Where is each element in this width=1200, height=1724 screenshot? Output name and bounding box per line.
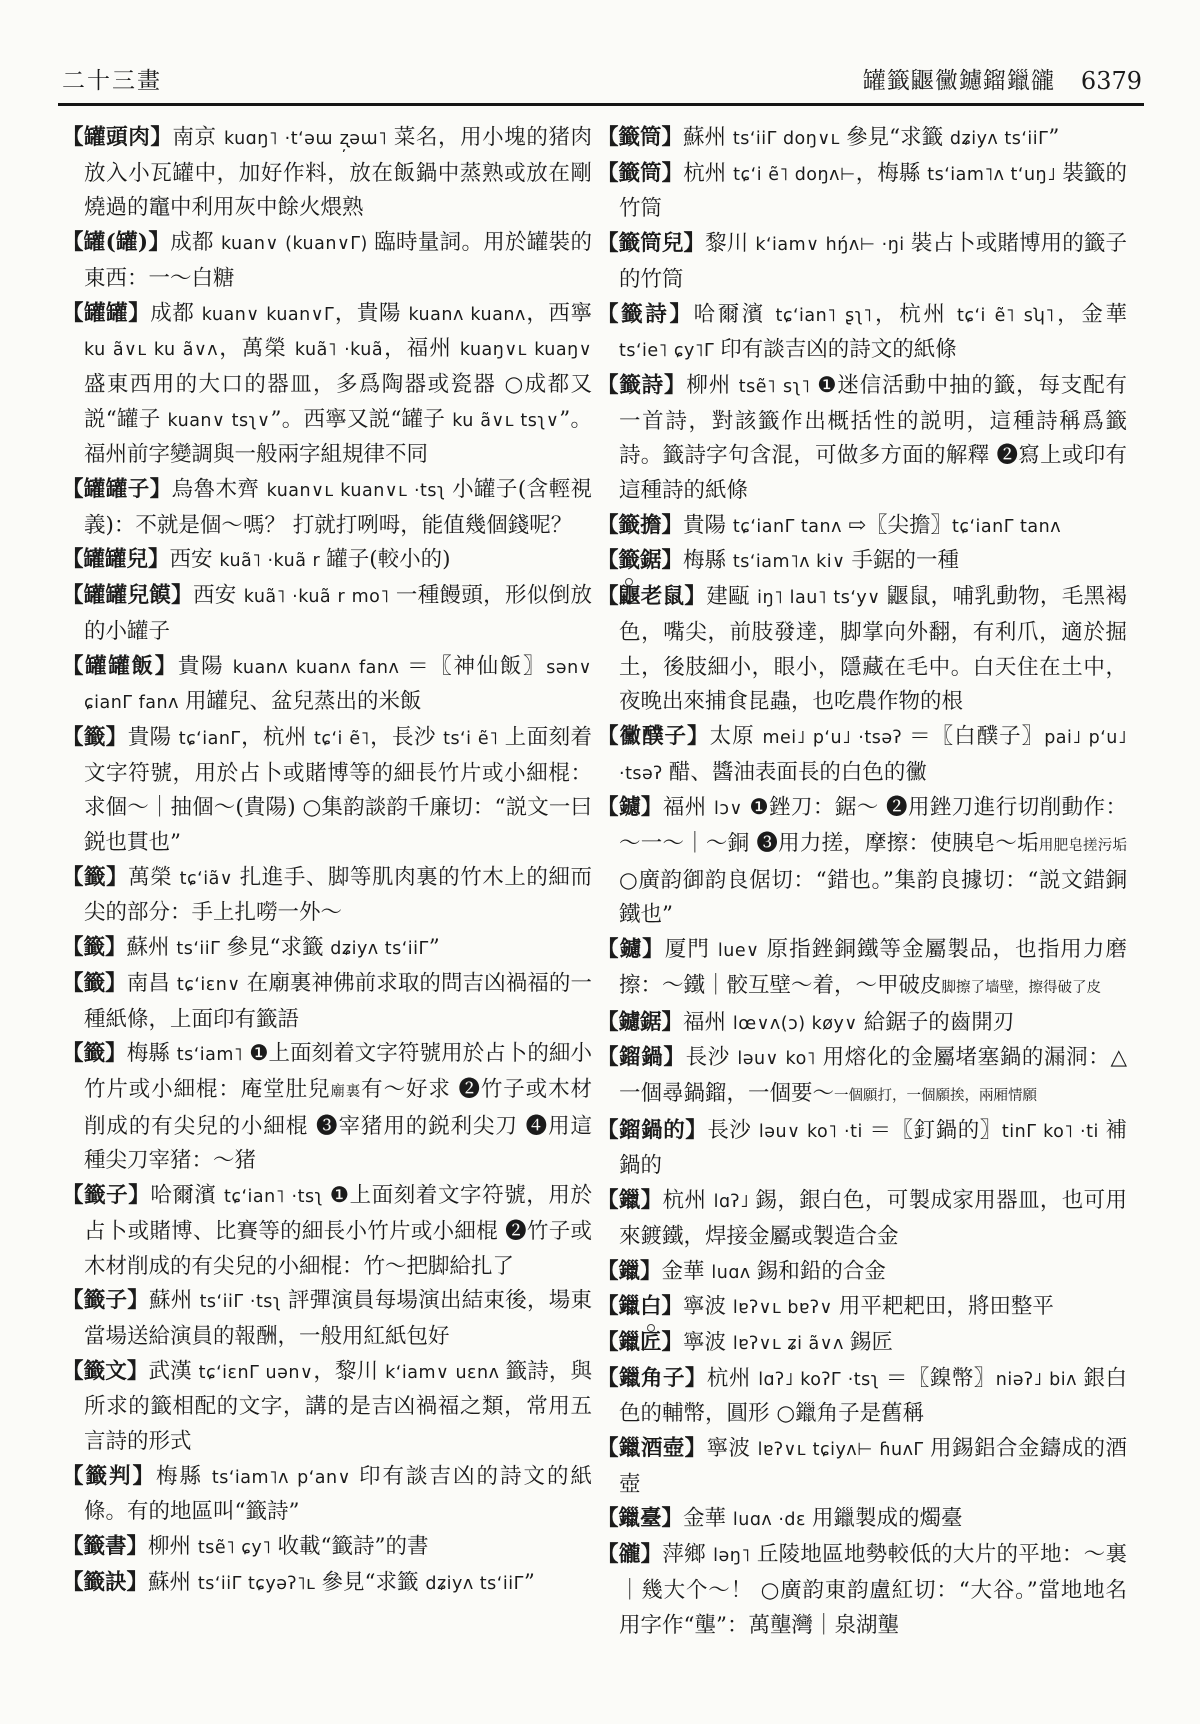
definition-text: 太原 <box>710 724 763 749</box>
definition-text: 杭州 <box>663 1188 714 1213</box>
headword: 【鼴老鼠】 <box>597 584 706 609</box>
headword: 【罐罐兒】 <box>62 547 170 572</box>
pronunciation: dʑiyʌ tsʻiiΓ <box>425 1574 523 1594</box>
left-column: 【罐頭肉】南京 kuɑŋ˥ ·tʻəɯ ʐ̦əɯ˥ 菜名，用小塊的猪肉放入小瓦罐… <box>62 121 592 1602</box>
definition-text: 武漢 <box>148 1359 198 1384</box>
headword: 【罐罐】 <box>62 301 150 326</box>
headword: 【籤文】 <box>62 1359 148 1384</box>
headword: 【籤】 <box>62 725 128 750</box>
dictionary-entry: 【鑢】厦門 lue∨ 原指銼銅鐵等金屬製品，也指用力磨擦：～鐵｜骹互壁～着，～甲… <box>597 933 1127 1005</box>
definition-text: 柳州 <box>686 373 738 398</box>
definition-text: 用罐兒、盆兒蒸出的米飯 <box>185 689 422 714</box>
pronunciation: tsʻiam˥ <box>177 1045 249 1065</box>
dictionary-entry: 【鑞角子】杭州 lɑʔ˩ koʔΓ ·tsʅ ＝〖鎳幣〗niəʔ˩ biʌ 銀白… <box>597 1362 1127 1432</box>
definition-text: 杭州 <box>707 1366 758 1391</box>
page-header: 二十三畫 罐籤鼴黴鑢鎦鑞豅 6379 <box>62 62 1142 95</box>
definition-text: 柳州 <box>148 1534 198 1559</box>
definition-text: 成都 <box>150 301 202 326</box>
definition-text: 參見“求籤 <box>322 1570 426 1595</box>
pronunciation: luɑʌ ·dɛ <box>733 1510 812 1530</box>
dictionary-entry: 【罐(罐)】成都 kuan∨ (kuan∨Γ) 臨時量詞。用於罐裝的東西：一～白… <box>62 226 592 296</box>
dictionary-entry: 【籤】蘇州 tsʻiiΓ 參見“求籤 dʑiyʌ tsʻiiΓ” <box>62 931 592 967</box>
definition-text: 梅縣 <box>156 1464 212 1489</box>
definition-text: 用鑞製成的燭臺 <box>812 1506 963 1531</box>
headword: 【籤詩】 <box>597 373 686 398</box>
dictionary-entry: 【罐頭肉】南京 kuɑŋ˥ ·tʻəɯ ʐ̦əɯ˥ 菜名，用小塊的猪肉放入小瓦罐… <box>62 121 592 226</box>
headword: 【鑞臺】 <box>597 1506 683 1531</box>
pronunciation: tsʻiiΓ <box>176 939 226 959</box>
pronunciation: tsʻiam˥ʌ ki∨ <box>733 552 852 572</box>
pronunciation: lɐʔ∨ʟ ʑi ã∨ʌ <box>733 1334 850 1354</box>
pronunciation: tsʻiam˥ʌ tʻuŋ˩ <box>927 165 1062 185</box>
headword: 【籤筒兒】 <box>597 231 705 256</box>
headword: 【籤筒】 <box>597 125 683 150</box>
dictionary-entry: 【鼴老鼠】建甌 iŋ˥ lau˥ tsʻy∨ 鼴鼠，哺乳動物，毛黑褐色，嘴尖，前… <box>597 580 1127 720</box>
pronunciation: tɕʻiɛn∨ <box>177 975 247 995</box>
definition-text: 南昌 <box>127 971 177 996</box>
headword: 【罐罐飯】 <box>62 654 178 679</box>
pronunciation: tɕʻiã∨ <box>180 869 240 889</box>
dictionary-entry: 【鎦鍋】長沙 ləu∨ ko˥ 用熔化的金屬堵塞鍋的漏洞：△一個尋鍋鎦，一個要～… <box>597 1041 1127 1113</box>
small-gloss: 用肥皂搓污垢 <box>1039 838 1127 854</box>
headword-ring-char: 籤 <box>619 544 641 579</box>
pronunciation: tɕʻiɛnΓ uən∨ <box>199 1363 314 1383</box>
headword: 【籤】 <box>62 935 127 960</box>
pronunciation: tɕʻi ẽ˥ doŋʌ⊢ <box>733 165 856 185</box>
pronunciation: kuɑŋ˥ ·tʻəɯ ʐ̦əɯ˥ <box>224 129 394 149</box>
running-head-group: 罐籤鼴黴鑢鎦鑞豅 6379 <box>863 62 1142 95</box>
definition-text: 南京 <box>172 125 224 150</box>
headword: 【鑞酒壺】 <box>597 1436 707 1461</box>
pronunciation: kʻiam∨ uɛnʌ <box>385 1363 505 1383</box>
definition-text: ，福州 <box>383 336 460 361</box>
definition-text: 西安 <box>193 583 244 608</box>
definition-text: 哈爾濱 <box>150 1183 224 1208</box>
headword: 【籤子】 <box>62 1288 149 1313</box>
headword: 【鑢】 <box>597 795 663 820</box>
headword: 【罐罐子】 <box>62 477 172 502</box>
dictionary-entry: 【罐罐子】烏魯木齊 kuan∨ʟ kuan∨ʟ ·tsʅ 小罐子(含輕視義)：不… <box>62 473 592 543</box>
definition-text: ⇨〖尖擔〗 <box>848 513 952 538</box>
definition-text: ，杭州 <box>241 725 314 750</box>
pronunciation: lɑʔ˩ koʔΓ ·tsʅ <box>758 1370 886 1390</box>
pronunciation: kuan∨ʟ kuan∨ʟ ·tsʅ <box>267 481 452 501</box>
dictionary-entry: 【罐罐兒饃】西安 kuã˥ ·kuã r mo˥ 一種饅頭，形似倒放的小罐子 <box>62 579 592 649</box>
definition-text: 貴陽 <box>128 725 179 750</box>
page-number: 6379 <box>1081 67 1142 95</box>
pronunciation: tɕʻian˥ ʂʅ˥ <box>776 306 873 326</box>
definition-text: 蘇州 <box>148 1570 198 1595</box>
pronunciation: ləu∨ ko˥ <box>737 1049 822 1069</box>
dictionary-entry: 【籤筒】杭州 tɕʻi ẽ˥ doŋʌ⊢，梅縣 tsʻiam˥ʌ tʻuŋ˩ 裝… <box>597 157 1127 227</box>
dictionary-entry: 【籤筒兒】黎川 kʻiam∨ hŋ́ʌ⊢ ·ŋi 裝占卜或賭博用的籤子的竹筒 <box>597 227 1127 297</box>
headword: 【鑞】 <box>597 1188 663 1213</box>
pronunciation: iŋ˥ lau˥ tsʻy∨ <box>757 588 887 608</box>
definition-text: 錫和鉛的合金 <box>757 1259 886 1284</box>
definition-text: 錫匠 <box>850 1330 893 1355</box>
pronunciation: tɕʻi ẽ˥ <box>314 729 370 749</box>
pronunciation: kʻiam∨ hŋ́ʌ⊢ ·ŋi <box>755 235 911 255</box>
pronunciation: mei˩ pʻu˩ ·tsəʔ <box>762 728 909 748</box>
headword: 【豅】 <box>597 1542 662 1567</box>
dictionary-entry: 【籤】南昌 tɕʻiɛn∨ 在廟裏神佛前求取的問吉凶禍福的一種紙條，上面印有籤語 <box>62 967 592 1037</box>
definition-text: ” <box>524 1570 535 1595</box>
definition-text: ，杭州 <box>872 302 957 327</box>
pronunciation: tsʻiam˥ʌ pʻan∨ <box>212 1468 359 1488</box>
dictionary-entry: 【鑞】金華 luɑʌ 錫和鉛的合金 <box>597 1255 1127 1291</box>
pronunciation: tsʻiiΓ tɕyəʔ˥ʟ <box>198 1574 322 1594</box>
definition-text: 西安 <box>170 547 220 572</box>
definition-text: 建甌 <box>706 584 757 609</box>
definition-text: 哈爾濱 <box>694 302 776 327</box>
definition-text: 長沙 <box>686 1045 738 1070</box>
definition-text: ”。西寧又説“罐子 <box>271 407 453 432</box>
definition-text: 梅縣 <box>127 1041 177 1066</box>
pronunciation: ləŋ˥ <box>713 1546 757 1566</box>
dictionary-entry: 【籤文】武漢 tɕʻiɛnΓ uən∨，黎川 kʻiam∨ uɛnʌ 籤詩，與所… <box>62 1355 592 1460</box>
dictionary-entry: 【籤擔】貴陽 tɕʻianΓ tanʌ ⇨〖尖擔〗tɕʻianΓ tanʌ <box>597 509 1127 545</box>
pronunciation: tɕʻianΓ tanʌ <box>733 517 848 537</box>
headword: 】 <box>662 1294 684 1319</box>
pronunciation: dʑiyʌ tsʻiiΓ <box>330 939 428 959</box>
dictionary-entry: 【籤訣】蘇州 tsʻiiΓ tɕyəʔ˥ʟ 參見“求籤 dʑiyʌ tsʻiiΓ… <box>62 1566 592 1602</box>
definition-text: 參見“求籤 <box>226 935 330 960</box>
definition-text: 福州 <box>683 1010 733 1035</box>
pronunciation: ləu∨ ko˥ ·ti <box>759 1122 870 1142</box>
definition-text: 黎川 <box>705 231 755 256</box>
definition-text: 寧波 <box>707 1436 758 1461</box>
definition-text: 梅縣 <box>683 548 733 573</box>
pronunciation: lɔ∨ <box>714 799 749 819</box>
running-head-characters: 罐籤鼴黴鑢鎦鑞豅 <box>863 62 1055 95</box>
pronunciation: tsẽ˥ sʅ˥ <box>739 377 818 397</box>
definition-text: 貴陽 <box>683 513 733 538</box>
pronunciation: ku ã∨ʟ tsʅ∨ <box>452 411 559 431</box>
pronunciation: tɕʻianΓ tanʌ <box>952 517 1061 537</box>
headword: 【籤擔】 <box>597 513 683 538</box>
small-gloss: 一個願打，一個願挨，兩厢情願 <box>834 1088 1037 1104</box>
definition-text: 厦門 <box>665 937 718 962</box>
dictionary-entry: 【籤筒】蘇州 tsʻiiΓ doŋ∨ʟ 參見“求籤 dʑiyʌ tsʻiiΓ” <box>597 121 1127 157</box>
pronunciation: lɐʔ∨ʟ tɕiyʌ⊢ ɦuʌΓ <box>758 1440 931 1460</box>
pronunciation: kuanʌ kuanʌ <box>408 305 525 325</box>
pronunciation: tinΓ ko˥ ·ti <box>1002 1122 1106 1142</box>
small-gloss: 脚擦了墙壁，擦得破了皮 <box>942 980 1102 996</box>
definition-text: 杭州 <box>683 161 733 186</box>
dictionary-entry: 【黴醭子】太原 mei˩ pʻu˩ ·tsəʔ ＝〖白醭子〗pai˩ pʻu˩ … <box>597 720 1127 791</box>
headword: 【鑞角子】 <box>597 1366 707 1391</box>
dictionary-entry: 【豅】萍鄉 ləŋ˥ 丘陵地區地勢較低的大片的平地：～裏｜幾大个～！ ○廣韵東韵… <box>597 1538 1127 1643</box>
dictionary-entry: 【鑞】杭州 lɑʔ˩ 錫，銀白色，可製成家用器皿，也可用來鍍鐵，焊接金屬或製造合… <box>597 1184 1127 1254</box>
headword: 鋸】 <box>640 548 683 573</box>
definition-text: 寧波 <box>683 1330 733 1355</box>
dictionary-entry: 【籤子】蘇州 tsʻiiΓ ·tsʅ 評彈演員每場演出結束後，場東當場送給演員的… <box>62 1284 592 1354</box>
definition-text: ○廣韵御韵良倨切：“錯也。”集韵良據切：“説文錯銅鐵也” <box>619 868 1127 928</box>
definition-text: 參見“求籤 <box>846 125 950 150</box>
dictionary-entry: 【鑞臺】金華 luɑʌ ·dɛ 用鑞製成的燭臺 <box>597 1502 1127 1538</box>
pronunciation: tsʻiiΓ doŋ∨ʟ <box>733 129 846 149</box>
definition-text: ＝〖神仙飯〗 <box>407 654 546 679</box>
definition-text: 烏魯木齊 <box>172 477 267 502</box>
dictionary-entry: 【籤】貴陽 tɕʻianΓ，杭州 tɕʻi ẽ˥，長沙 tsʻi ẽ˥ 上面刻着… <box>62 721 592 861</box>
headword: 【籤訣】 <box>62 1570 148 1595</box>
dictionary-entry: 【籤詩】哈爾濱 tɕʻian˥ ʂʅ˥，杭州 tɕʻi ẽ˥ sʮ˥，金華 ts… <box>597 298 1127 369</box>
definition-text: 手鋸的一種 <box>851 548 959 573</box>
dictionary-entry: 【罐罐】成都 kuan∨ kuan∨Γ，貴陽 kuanʌ kuanʌ，西寧 ku… <box>62 297 592 474</box>
pronunciation: tsʻi ẽ˥ <box>443 729 505 749</box>
dictionary-entry: 【籤子】哈爾濱 tɕʻian˥ ·tsʅ ❶上面刻着文字符號，用於占卜或賭博、比… <box>62 1179 592 1284</box>
definition-text: 罐子(較小的) <box>326 547 450 572</box>
definition-text: 醋、醬油表面長的白色的黴 <box>669 760 927 785</box>
definition-text: ” <box>429 935 440 960</box>
pronunciation: lɐʔ∨ʟ bɐʔ∨ <box>733 1298 839 1318</box>
headword: 【鑞 <box>597 1294 640 1319</box>
definition-text: 貴陽 <box>178 654 233 679</box>
definition-text: ＝〖白醭子〗 <box>909 724 1044 749</box>
definition-text: 蘇州 <box>683 125 733 150</box>
headword: 【籤子】 <box>62 1183 150 1208</box>
headword: 【籤】 <box>62 971 127 996</box>
headword: 【籤】 <box>62 865 128 890</box>
pronunciation: tsʻiiΓ ·tsʅ <box>200 1292 288 1312</box>
dictionary-page: 二十三畫 罐籤鼴黴鑢鎦鑞豅 6379 【罐頭肉】南京 kuɑŋ˥ ·tʻəɯ ʐ… <box>0 0 1200 1724</box>
definition-text: ” <box>1048 125 1059 150</box>
header-rule <box>58 103 1144 106</box>
headword: 【籤詩】 <box>597 302 694 327</box>
pronunciation: tsʻie˥ ɕy˥Γ <box>619 341 720 361</box>
dictionary-entry: 【籤詩】柳州 tsẽ˥ sʅ˥ ❶迷信活動中抽的籤，每支配有一首詩，對該籤作出概… <box>597 369 1127 509</box>
dictionary-entry: 【鑞匠】寧波 lɐʔ∨ʟ ʑi ã∨ʌ 錫匠 <box>597 1326 1127 1362</box>
stroke-count-header: 二十三畫 <box>62 62 162 95</box>
pronunciation: ku ã∨ʟ ku ã∨ʌ <box>84 340 218 360</box>
pronunciation: tɕʻianΓ <box>179 729 241 749</box>
pronunciation: tɕʻi ẽ˥ sʮ˥ <box>957 306 1055 326</box>
headword: 【鑞】 <box>597 1259 662 1284</box>
dictionary-entry: 【籤】萬榮 tɕʻiã∨ 扎進手、脚等肌肉裏的竹木上的細而尖的部分：手上扎嘮一外… <box>62 861 592 931</box>
pronunciation: niəʔ˩ biʌ <box>996 1370 1084 1390</box>
definition-text: ，長沙 <box>370 725 443 750</box>
dictionary-entry: 【籤】梅縣 tsʻiam˥ ❶上面刻着文字符號用於占卜的細小竹片或小細棍：庵堂肚… <box>62 1037 592 1179</box>
definition-text: 給鋸子的齒開刃 <box>864 1010 1015 1035</box>
definition-text: 萬榮 <box>128 865 180 890</box>
headword: 【黴醭子】 <box>597 724 710 749</box>
dictionary-entry: 【籤鋸】梅縣 tsʻiam˥ʌ ki∨ 手鋸的一種 <box>597 544 1127 580</box>
headword: 【罐罐兒饃】 <box>62 583 193 608</box>
headword-ring-char: 白 <box>640 1290 662 1325</box>
pronunciation: tsẽ˥ ɕy˥ <box>198 1538 278 1558</box>
definition-text: 寧波 <box>683 1294 733 1319</box>
dictionary-entry: 【鑞酒壺】寧波 lɐʔ∨ʟ tɕiyʌ⊢ ɦuʌΓ 用錫鋁合金鑄成的酒壺 <box>597 1432 1127 1502</box>
definition-text: ，萬榮 <box>218 336 295 361</box>
pronunciation: kuan∨ (kuan∨Γ) <box>221 234 374 254</box>
definition-text: 收載“籤詩”的書 <box>277 1534 428 1559</box>
pronunciation: kuan∨ tsʅ∨ <box>168 411 271 431</box>
definition-text: ＝〖鎳幣〗 <box>886 1366 996 1391</box>
pronunciation: lɑʔ˩ <box>714 1192 756 1212</box>
definition-text: 萍鄉 <box>662 1542 713 1567</box>
dictionary-entry: 【罐罐兒】西安 kuã˥ ·kuã r 罐子(較小的) <box>62 543 592 579</box>
pronunciation: kuanʌ kuanʌ fanʌ <box>233 658 407 678</box>
pronunciation: tɕʻian˥ ·tsʅ <box>224 1187 330 1207</box>
definition-text: 蘇州 <box>149 1288 200 1313</box>
definition-text: 成都 <box>170 230 221 255</box>
definition-text: 印有談吉凶的詩文的紙條 <box>720 337 957 362</box>
headword: 【罐(罐)】 <box>62 230 170 255</box>
definition-text: ，貴陽 <box>334 301 408 326</box>
definition-text: ，金華 <box>1055 302 1127 327</box>
definition-text: 金華 <box>683 1506 733 1531</box>
definition-text: 用平耙耙田，將田整平 <box>839 1294 1054 1319</box>
pronunciation: dʑiyʌ tsʻiiΓ <box>950 129 1048 149</box>
definition-text: ，西寧 <box>526 301 592 326</box>
headword: 【鑞匠】 <box>597 1330 683 1355</box>
headword: 【鑢鋸】 <box>597 1010 683 1035</box>
dictionary-entry: 【鑢鋸】福州 lœ∨ʌ(ɔ) køy∨ 給鋸子的齒開刃 <box>597 1006 1127 1042</box>
headword: 【籤書】 <box>62 1534 148 1559</box>
definition-text: 蘇州 <box>127 935 177 960</box>
pronunciation: kuã˥ ·kuã r mo˥ <box>244 587 396 607</box>
headword: 【籤筒】 <box>597 161 683 186</box>
pronunciation: kuã˥ ·kuã <box>295 340 383 360</box>
headword: 【鎦鍋】 <box>597 1045 686 1070</box>
right-column: 【籤筒】蘇州 tsʻiiΓ doŋ∨ʟ 參見“求籤 dʑiyʌ tsʻiiΓ”【… <box>597 121 1127 1643</box>
dictionary-entry: 【鑞白】寧波 lɐʔ∨ʟ bɐʔ∨ 用平耙耙田，將田整平 <box>597 1290 1127 1326</box>
headword: 【籤判】 <box>62 1464 156 1489</box>
definition-text: ＝〖釘鍋的〗 <box>869 1118 1001 1143</box>
definition-text: ，黎川 <box>313 1359 385 1384</box>
definition-text: 長沙 <box>707 1118 759 1143</box>
definition-text: 金華 <box>662 1259 712 1284</box>
dictionary-entry: 【鎦鍋的】長沙 ləu∨ ko˥ ·ti ＝〖釘鍋的〗tinΓ ko˥ ·ti … <box>597 1114 1127 1184</box>
pronunciation: luɑʌ <box>711 1263 756 1283</box>
dictionary-entry: 【籤判】梅縣 tsʻiam˥ʌ pʻan∨ 印有談吉凶的詩文的紙條。有的地區叫“… <box>62 1460 592 1530</box>
headword: 【鑢】 <box>597 937 665 962</box>
definition-text: 福州 <box>663 795 714 820</box>
dictionary-entry: 【罐罐飯】貴陽 kuanʌ kuanʌ fanʌ ＝〖神仙飯〗sən∨ ɕian… <box>62 650 592 721</box>
pronunciation: lœ∨ʌ(ɔ) køy∨ <box>733 1014 864 1034</box>
pronunciation: kuaŋ∨ʟ kuaŋ∨ <box>460 340 592 360</box>
dictionary-entry: 【鑢】福州 lɔ∨ ❶銼刀：鋸～ ❷用銼刀進行切削動作：～一～｜～銅 ❸用力搓，… <box>597 791 1127 933</box>
small-gloss: 廟裏 <box>330 1084 361 1100</box>
headword: 【籤】 <box>62 1041 127 1066</box>
pronunciation: lue∨ <box>718 941 767 961</box>
headword: 【 <box>597 548 619 573</box>
dictionary-entry: 【籤書】柳州 tsẽ˥ ɕy˥ 收載“籤詩”的書 <box>62 1530 592 1566</box>
headword: 【鎦鍋的】 <box>597 1118 707 1143</box>
headword: 【罐頭肉】 <box>62 125 172 150</box>
definition-text: ，梅縣 <box>856 161 928 186</box>
pronunciation: kuan∨ kuan∨Γ <box>202 305 335 325</box>
pronunciation: kuã˥ ·kuã r <box>219 551 326 571</box>
